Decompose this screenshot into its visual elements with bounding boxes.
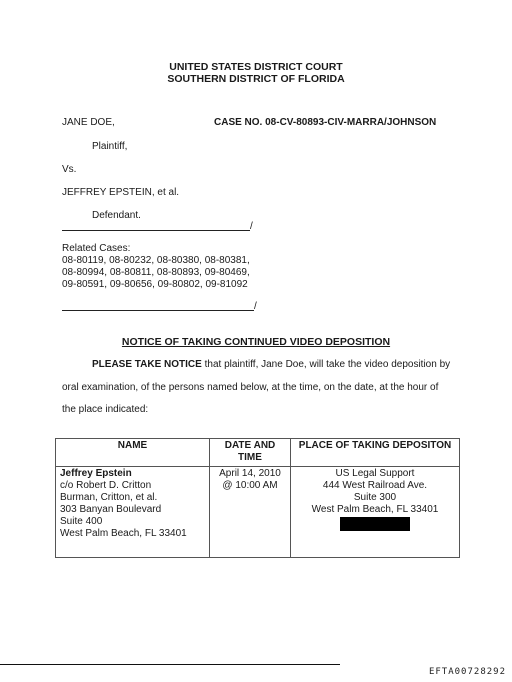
redaction-block: [340, 517, 410, 531]
caption-slash: /: [250, 221, 253, 233]
related-line: 09-80591, 09-80656, 09-80802, 09-81092: [62, 279, 248, 291]
header-name: NAME: [56, 439, 210, 467]
caption-rule: [62, 230, 250, 231]
versus: Vs.: [62, 164, 76, 176]
defendant-label: Defendant.: [92, 210, 141, 222]
footer-rule: [0, 664, 340, 665]
court-name: UNITED STATES DISTRICT COURT: [0, 61, 512, 73]
header-date-time: DATE AND TIME: [210, 439, 291, 467]
notice-title: NOTICE OF TAKING CONTINUED VIDEO DEPOSIT…: [0, 336, 512, 348]
place-line: 444 West Railroad Ave.: [295, 480, 455, 492]
cell-place: US Legal Support 444 West Railroad Ave. …: [291, 467, 460, 558]
court-district: SOUTHERN DISTRICT OF FLORIDA: [0, 73, 512, 85]
notice-paragraph-line2: oral examination, of the persons named b…: [62, 382, 438, 394]
deponent-line: Suite 400: [60, 516, 205, 528]
place-line: West Palm Beach, FL 33401: [295, 504, 455, 516]
bates-number: EFTA00728292: [429, 667, 506, 677]
notice-paragraph-line3: the place indicated:: [62, 404, 148, 416]
defendant-name: JEFFREY EPSTEIN, et al.: [62, 187, 179, 199]
notice-lead: PLEASE TAKE NOTICE: [92, 359, 202, 370]
deponent-line: c/o Robert D. Critton: [60, 480, 205, 492]
deponent-line: West Palm Beach, FL 33401: [60, 528, 205, 540]
notice-paragraph-line1: PLEASE TAKE NOTICE that plaintiff, Jane …: [92, 359, 450, 371]
related-label: Related Cases:: [62, 243, 130, 255]
related-line: 08-80994, 08-80811, 08-80893, 09-80469,: [62, 267, 250, 279]
deposition-table: NAME DATE AND TIME PLACE OF TAKING DEPOS…: [55, 438, 460, 558]
case-number: CASE NO. 08-CV-80893-CIV-MARRA/JOHNSON: [214, 117, 436, 129]
deposition-time: @ 10:00 AM: [214, 480, 286, 492]
deponent-name: Jeffrey Epstein: [60, 468, 205, 480]
header-place: PLACE OF TAKING DEPOSITON: [291, 439, 460, 467]
place-line: US Legal Support: [295, 468, 455, 480]
cell-name: Jeffrey Epstein c/o Robert D. Critton Bu…: [56, 467, 210, 558]
plaintiff-name: JANE DOE,: [62, 117, 115, 129]
deponent-line: 303 Banyan Boulevard: [60, 504, 205, 516]
place-line: Suite 300: [295, 492, 455, 504]
deponent-line: Burman, Critton, et al.: [60, 492, 205, 504]
plaintiff-label: Plaintiff,: [92, 141, 127, 153]
table-header-row: NAME DATE AND TIME PLACE OF TAKING DEPOS…: [56, 439, 460, 467]
related-slash: /: [254, 301, 257, 313]
related-rule: [62, 310, 254, 311]
related-line: 08-80119, 08-80232, 08-80380, 08-80381,: [62, 255, 250, 267]
cell-date-time: April 14, 2010 @ 10:00 AM: [210, 467, 291, 558]
deposition-date: April 14, 2010: [214, 468, 286, 480]
table-row: Jeffrey Epstein c/o Robert D. Critton Bu…: [56, 467, 460, 558]
notice-lead-rest: that plaintiff, Jane Doe, will take the …: [202, 359, 450, 370]
